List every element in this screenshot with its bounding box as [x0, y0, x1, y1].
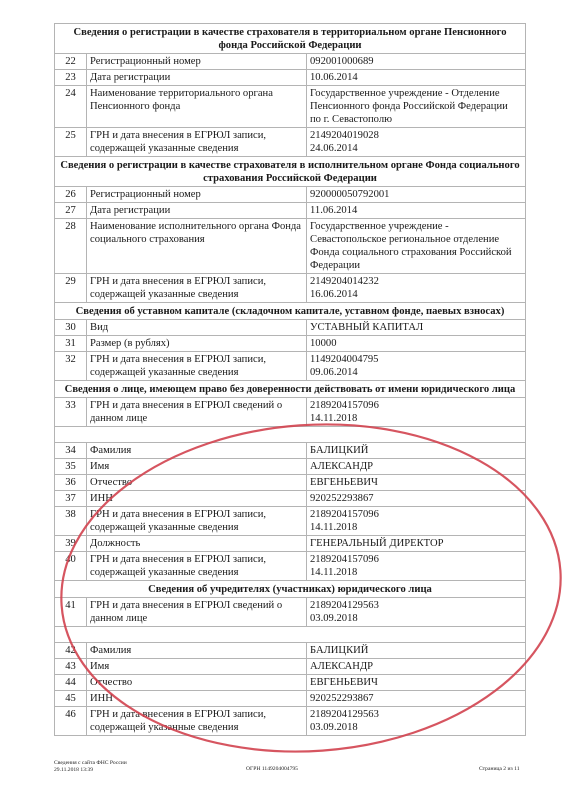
- row-number: 35: [55, 459, 87, 475]
- value-line: 14.11.2018: [310, 412, 521, 425]
- table-row: 37ИНН920252293867: [55, 491, 526, 507]
- field-label: ИНН: [87, 691, 307, 707]
- row-number: 23: [55, 70, 87, 86]
- value-line: УСТАВНЫЙ КАПИТАЛ: [310, 321, 521, 334]
- field-label: Дата регистрации: [87, 70, 307, 86]
- field-value: АЛЕКСАНДР: [307, 659, 526, 675]
- field-value: 218920412956303.09.2018: [307, 598, 526, 627]
- section-header-row: Сведения о лице, имеющем право без довер…: [55, 381, 526, 398]
- field-label: Имя: [87, 659, 307, 675]
- value-line: 09.06.2014: [310, 366, 521, 379]
- table-row: 35ИмяАЛЕКСАНДР: [55, 459, 526, 475]
- field-value: 920252293867: [307, 691, 526, 707]
- table-row: 44ОтчествоЕВГЕНЬЕВИЧ: [55, 675, 526, 691]
- value-line: АЛЕКСАНДР: [310, 660, 521, 673]
- table-row: 39ДолжностьГЕНЕРАЛЬНЫЙ ДИРЕКТОР: [55, 536, 526, 552]
- field-label: ГРН и дата внесения в ЕГРЮЛ сведений о д…: [87, 598, 307, 627]
- row-number: 26: [55, 187, 87, 203]
- value-line: 03.09.2018: [310, 721, 521, 734]
- row-number: 38: [55, 507, 87, 536]
- section-header-row: Сведения о регистрации в качестве страхо…: [55, 157, 526, 187]
- field-value: 214920401902824.06.2014: [307, 128, 526, 157]
- value-line: 2189204157096: [310, 508, 521, 521]
- table-row: 43ИмяАЛЕКСАНДР: [55, 659, 526, 675]
- field-label: Отчество: [87, 475, 307, 491]
- table-row: 40ГРН и дата внесения в ЕГРЮЛ записи, со…: [55, 552, 526, 581]
- field-value: 920000050792001: [307, 187, 526, 203]
- row-number: 34: [55, 443, 87, 459]
- section-title: Сведения о регистрации в качестве страхо…: [55, 24, 526, 54]
- spacer-row: [55, 427, 526, 443]
- table-row: 36ОтчествоЕВГЕНЬЕВИЧ: [55, 475, 526, 491]
- footer-source-text: Сведения с сайта ФНС России: [54, 760, 127, 767]
- field-label: Отчество: [87, 675, 307, 691]
- egrul-extract-table: Сведения о регистрации в качестве страхо…: [54, 23, 526, 736]
- field-value: Государственное учреждение - Отделение П…: [307, 86, 526, 128]
- table-row: 41ГРН и дата внесения в ЕГРЮЛ сведений о…: [55, 598, 526, 627]
- table-row: 28Наименование исполнительного органа Фо…: [55, 219, 526, 274]
- value-line: ГЕНЕРАЛЬНЫЙ ДИРЕКТОР: [310, 537, 521, 550]
- table-row: 26Регистрационный номер920000050792001: [55, 187, 526, 203]
- field-value: ЕВГЕНЬЕВИЧ: [307, 675, 526, 691]
- empty-cell: [55, 627, 526, 643]
- footer-timestamp: 29.11.2018 13:39: [54, 767, 127, 774]
- field-label: ГРН и дата внесения в ЕГРЮЛ записи, соде…: [87, 552, 307, 581]
- empty-cell: [55, 427, 526, 443]
- row-number: 40: [55, 552, 87, 581]
- value-line: 920252293867: [310, 492, 521, 505]
- value-line: 11.06.2014: [310, 204, 521, 217]
- row-number: 29: [55, 274, 87, 303]
- footer-page-number: Страница 2 из 11: [479, 766, 520, 773]
- table-row: 33ГРН и дата внесения в ЕГРЮЛ сведений о…: [55, 398, 526, 427]
- value-line: 10000: [310, 337, 521, 350]
- field-value: 218920412956303.09.2018: [307, 707, 526, 736]
- field-label: Регистрационный номер: [87, 54, 307, 70]
- field-label: Вид: [87, 320, 307, 336]
- field-value: ГЕНЕРАЛЬНЫЙ ДИРЕКТОР: [307, 536, 526, 552]
- table-row: 25ГРН и дата внесения в ЕГРЮЛ записи, со…: [55, 128, 526, 157]
- row-number: 28: [55, 219, 87, 274]
- field-label: ИНН: [87, 491, 307, 507]
- value-line: 2189204129563: [310, 708, 521, 721]
- field-value: Государственное учреждение - Севастополь…: [307, 219, 526, 274]
- row-number: 44: [55, 675, 87, 691]
- section-header-row: Сведения об уставном капитале (складочно…: [55, 303, 526, 320]
- section-header-row: Сведения об учредителях (участниках) юри…: [55, 581, 526, 598]
- value-line: 2149204019028: [310, 129, 521, 142]
- field-value: 218920415709614.11.2018: [307, 398, 526, 427]
- row-number: 37: [55, 491, 87, 507]
- value-line: 2189204129563: [310, 599, 521, 612]
- field-value: БАЛИЦКИЙ: [307, 643, 526, 659]
- table-row: 46ГРН и дата внесения в ЕГРЮЛ записи, со…: [55, 707, 526, 736]
- field-value: 114920400479509.06.2014: [307, 352, 526, 381]
- field-label: Дата регистрации: [87, 203, 307, 219]
- value-line: 16.06.2014: [310, 288, 521, 301]
- row-number: 45: [55, 691, 87, 707]
- field-label: ГРН и дата внесения в ЕГРЮЛ записи, соде…: [87, 707, 307, 736]
- table-row: 31Размер (в рублях)10000: [55, 336, 526, 352]
- row-number: 32: [55, 352, 87, 381]
- table-row: 30ВидУСТАВНЫЙ КАПИТАЛ: [55, 320, 526, 336]
- field-value: АЛЕКСАНДР: [307, 459, 526, 475]
- footer-ogrn: ОГРН 1149204004795: [246, 766, 298, 773]
- field-value: 11.06.2014: [307, 203, 526, 219]
- field-label: Размер (в рублях): [87, 336, 307, 352]
- value-line: ЕВГЕНЬЕВИЧ: [310, 676, 521, 689]
- table-row: 23Дата регистрации10.06.2014: [55, 70, 526, 86]
- section-title: Сведения об уставном капитале (складочно…: [55, 303, 526, 320]
- row-number: 36: [55, 475, 87, 491]
- value-line: БАЛИЦКИЙ: [310, 644, 521, 657]
- field-label: ГРН и дата внесения в ЕГРЮЛ записи, соде…: [87, 274, 307, 303]
- field-label: Фамилия: [87, 643, 307, 659]
- row-number: 43: [55, 659, 87, 675]
- table-row: 29ГРН и дата внесения в ЕГРЮЛ записи, со…: [55, 274, 526, 303]
- value-line: 920000050792001: [310, 188, 521, 201]
- field-value: УСТАВНЫЙ КАПИТАЛ: [307, 320, 526, 336]
- field-value: 092001000689: [307, 54, 526, 70]
- table-row: 22Регистрационный номер092001000689: [55, 54, 526, 70]
- value-line: ЕВГЕНЬЕВИЧ: [310, 476, 521, 489]
- table-row: 45ИНН920252293867: [55, 691, 526, 707]
- section-title: Сведения о регистрации в качестве страхо…: [55, 157, 526, 187]
- row-number: 46: [55, 707, 87, 736]
- row-number: 41: [55, 598, 87, 627]
- field-label: ГРН и дата внесения в ЕГРЮЛ записи, соде…: [87, 352, 307, 381]
- row-number: 31: [55, 336, 87, 352]
- field-label: Наименование исполнительного органа Фонд…: [87, 219, 307, 274]
- field-value: 920252293867: [307, 491, 526, 507]
- value-line: 2189204157096: [310, 399, 521, 412]
- row-number: 25: [55, 128, 87, 157]
- table-row: 32ГРН и дата внесения в ЕГРЮЛ записи, со…: [55, 352, 526, 381]
- field-label: ГРН и дата внесения в ЕГРЮЛ сведений о д…: [87, 398, 307, 427]
- value-line: 2189204157096: [310, 553, 521, 566]
- spacer-row: [55, 627, 526, 643]
- value-line: 2149204014232: [310, 275, 521, 288]
- value-line: 1149204004795: [310, 353, 521, 366]
- value-line: 092001000689: [310, 55, 521, 68]
- table-row: 34ФамилияБАЛИЦКИЙ: [55, 443, 526, 459]
- field-value: 10000: [307, 336, 526, 352]
- field-value: ЕВГЕНЬЕВИЧ: [307, 475, 526, 491]
- table-row: 27Дата регистрации11.06.2014: [55, 203, 526, 219]
- table-row: 24Наименование территориального органа П…: [55, 86, 526, 128]
- value-line: АЛЕКСАНДР: [310, 460, 521, 473]
- field-label: Имя: [87, 459, 307, 475]
- row-number: 42: [55, 643, 87, 659]
- field-label: ГРН и дата внесения в ЕГРЮЛ записи, соде…: [87, 128, 307, 157]
- table-row: 42ФамилияБАЛИЦКИЙ: [55, 643, 526, 659]
- table-row: 38ГРН и дата внесения в ЕГРЮЛ записи, со…: [55, 507, 526, 536]
- value-line: 24.06.2014: [310, 142, 521, 155]
- row-number: 22: [55, 54, 87, 70]
- value-line: 14.11.2018: [310, 566, 521, 579]
- field-value: 214920401423216.06.2014: [307, 274, 526, 303]
- value-line: Государственное учреждение - Севастополь…: [310, 220, 521, 272]
- field-value: 218920415709614.11.2018: [307, 507, 526, 536]
- row-number: 33: [55, 398, 87, 427]
- value-line: 14.11.2018: [310, 521, 521, 534]
- field-value: 10.06.2014: [307, 70, 526, 86]
- field-label: Фамилия: [87, 443, 307, 459]
- row-number: 24: [55, 86, 87, 128]
- field-label: ГРН и дата внесения в ЕГРЮЛ записи, соде…: [87, 507, 307, 536]
- field-label: Регистрационный номер: [87, 187, 307, 203]
- value-line: 920252293867: [310, 692, 521, 705]
- field-label: Наименование территориального органа Пен…: [87, 86, 307, 128]
- field-label: Должность: [87, 536, 307, 552]
- row-number: 39: [55, 536, 87, 552]
- section-title: Сведения о лице, имеющем право без довер…: [55, 381, 526, 398]
- value-line: БАЛИЦКИЙ: [310, 444, 521, 457]
- value-line: 10.06.2014: [310, 71, 521, 84]
- section-header-row: Сведения о регистрации в качестве страхо…: [55, 24, 526, 54]
- value-line: Государственное учреждение - Отделение П…: [310, 87, 521, 126]
- field-value: 218920415709614.11.2018: [307, 552, 526, 581]
- section-title: Сведения об учредителях (участниках) юри…: [55, 581, 526, 598]
- footer-source: Сведения с сайта ФНС России 29.11.2018 1…: [54, 760, 127, 773]
- value-line: 03.09.2018: [310, 612, 521, 625]
- row-number: 27: [55, 203, 87, 219]
- field-value: БАЛИЦКИЙ: [307, 443, 526, 459]
- row-number: 30: [55, 320, 87, 336]
